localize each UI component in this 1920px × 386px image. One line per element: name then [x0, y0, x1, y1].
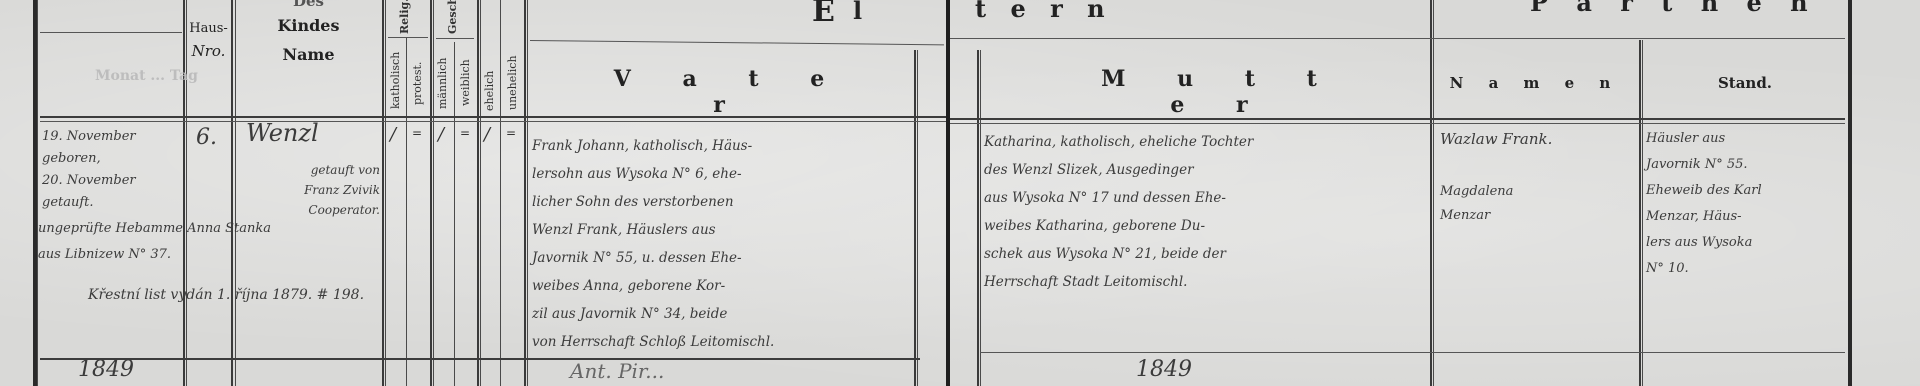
- col-rule: [917, 50, 918, 386]
- col-rule: [480, 0, 481, 386]
- entry-mother: Katharina, katholisch, eheliche Tochter …: [984, 128, 1424, 296]
- subheader-rule: [950, 38, 1845, 39]
- top-header-fragment-l: l: [853, 0, 862, 25]
- col-rule: [433, 0, 434, 386]
- entry-house-number: 6.: [196, 126, 217, 149]
- col-rule: [1433, 0, 1434, 386]
- header-father: V a t e r: [600, 66, 860, 118]
- entry-godparent-status: Häusler aus Javornik N° 55. Eheweib des …: [1646, 126, 1846, 282]
- book-gutter: [946, 0, 950, 386]
- header-house-number: Haus- Nro.: [186, 18, 231, 62]
- subheader-rule: [40, 32, 182, 33]
- mark-protestant: =: [412, 126, 422, 140]
- next-row-year-right: 1849: [1136, 358, 1192, 381]
- entry-bottom-rule: [40, 358, 920, 360]
- entry-baptized-by: getauft von Franz Zvivik Cooperator.: [240, 160, 380, 220]
- col-rule: [477, 0, 479, 386]
- col-rule: [980, 50, 981, 386]
- col-rule: [430, 0, 432, 386]
- entry-godparent-1: Wazlaw Frank.: [1440, 128, 1635, 151]
- mark-illegitimate: =: [506, 126, 516, 140]
- entry-child-name: Wenzl: [246, 122, 319, 145]
- entry-baptism-certificate-note: Křestní list vydán 1. října 1879. # 198.: [88, 284, 488, 307]
- header-protestant: protest.: [411, 50, 424, 116]
- header-kindes: Kindes: [235, 16, 382, 35]
- entry-bottom-rule: [980, 352, 1845, 353]
- header-des: Des: [235, 0, 382, 10]
- col-rule: [454, 42, 455, 386]
- faded-left-header: Monat ... Tag: [95, 68, 198, 84]
- col-rule: [406, 38, 407, 386]
- col-rule: [1639, 40, 1641, 386]
- header-child-name: Des Kindes Name: [235, 0, 382, 64]
- col-rule: [183, 0, 185, 386]
- entry-midwife-note: ungeprüfte Hebamme Anna Stanka aus Libni…: [38, 216, 348, 268]
- mark-female: =: [460, 126, 470, 140]
- col-rule: [977, 50, 979, 386]
- mark-legitimate: /: [484, 124, 490, 145]
- header-catholic: katholisch: [389, 44, 402, 116]
- next-row-fragment: Ant. Pir...: [570, 360, 664, 383]
- header-legitimate: ehelich: [483, 66, 496, 116]
- col-rule: [500, 0, 501, 386]
- mark-male: /: [438, 124, 444, 145]
- col-rule: [1430, 0, 1432, 386]
- header-bottom-rule: [40, 121, 946, 122]
- header-female: weiblich: [459, 50, 472, 116]
- right-margin-rule: [1848, 0, 1852, 386]
- top-header-fragment-pathen: P a r t h e n: [1530, 0, 1818, 17]
- subheader-rule: [388, 37, 428, 38]
- mark-catholic: /: [390, 124, 396, 145]
- next-row-year-left: 1849: [78, 358, 134, 381]
- header-name: Name: [235, 45, 382, 64]
- subheader-rule: [436, 38, 474, 39]
- entry-godparent-2: Magdalena Menzar: [1440, 180, 1635, 228]
- col-rule: [914, 50, 916, 386]
- register-page: Monat ... Tag E l t e r n P a r t h e n …: [0, 0, 1920, 386]
- col-rule: [1642, 40, 1643, 386]
- header-mother: M u t t e r: [1080, 66, 1360, 118]
- top-header-fragment-e: E: [812, 0, 835, 29]
- header-house-nro: Nro.: [186, 40, 231, 62]
- col-rule: [527, 0, 528, 386]
- col-rule: [37, 0, 38, 386]
- col-rule: [231, 0, 233, 386]
- top-header-fragment-eltern: t e r n: [975, 0, 1113, 23]
- header-godparents-status: Stand.: [1645, 74, 1845, 92]
- col-rule: [524, 0, 526, 386]
- header-illegitimate: unehelich: [506, 50, 519, 116]
- header-bottom-rule: [950, 118, 1845, 120]
- col-rule: [385, 0, 386, 386]
- entry-date: 19. November geboren, 20. November getau…: [42, 126, 182, 214]
- header-bottom-rule: [950, 123, 1845, 124]
- header-religion-group: Relig.: [398, 2, 411, 34]
- header-house-label: Haus-: [186, 18, 231, 40]
- header-male: männlich: [436, 50, 449, 116]
- header-godparents-name: N a m e n: [1440, 74, 1630, 92]
- subheader-rule: [530, 40, 944, 45]
- entry-father: Frank Johann, katholisch, Häus- lersohn …: [532, 132, 912, 356]
- header-sex-group: Geschl.: [446, 2, 459, 34]
- col-rule: [382, 0, 384, 386]
